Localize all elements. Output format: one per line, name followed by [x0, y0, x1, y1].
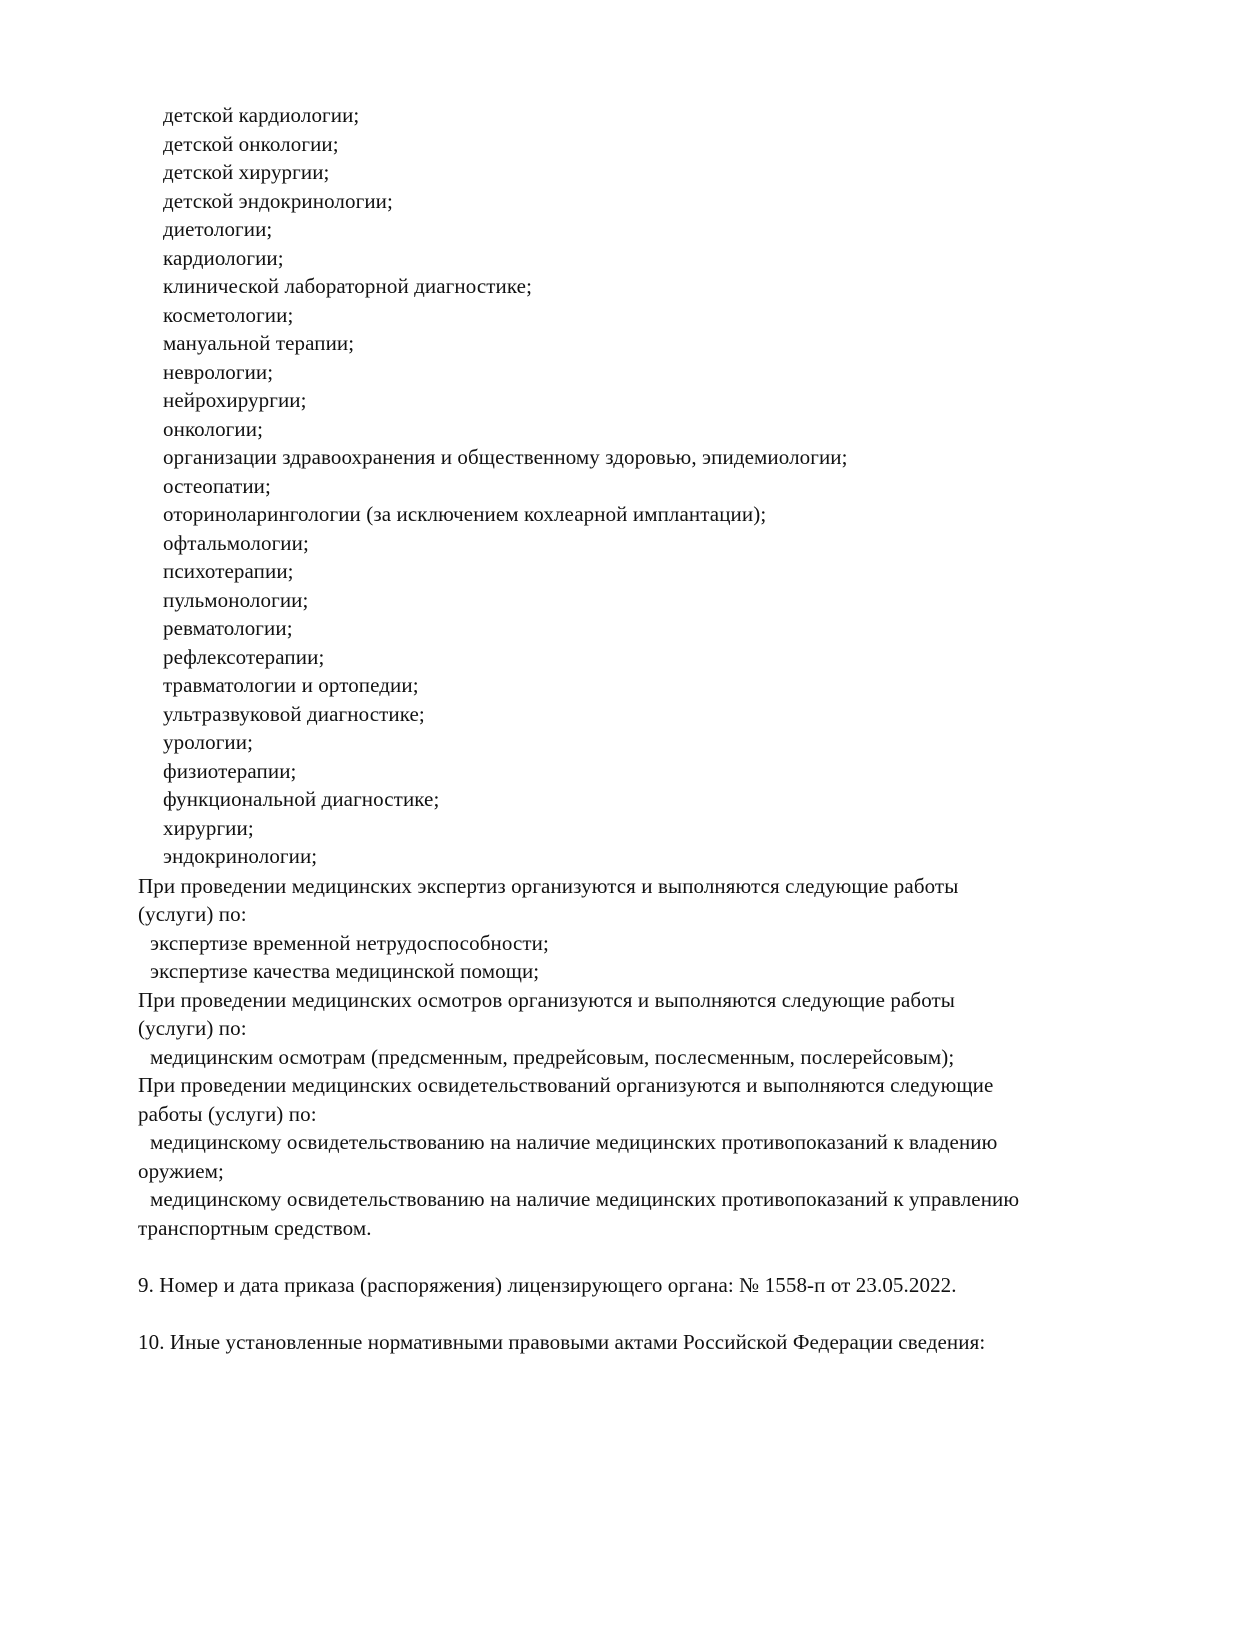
expertise-item: экспертизе качества медицинской помощи;	[150, 957, 539, 985]
specialty-item: организации здравоохранения и общественн…	[163, 443, 848, 471]
document-page: детской кардиологии;детской онкологии;де…	[0, 0, 1240, 1650]
examinations-heading-line2: (услуги) по:	[138, 1014, 247, 1042]
specialty-item: урологии;	[163, 728, 253, 756]
specialty-item: эндокринологии;	[163, 842, 317, 870]
specialty-item: косметологии;	[163, 301, 293, 329]
specialty-item: нейрохирургии;	[163, 386, 307, 414]
specialty-item: остеопатии;	[163, 472, 271, 500]
specialty-item: ревматологии;	[163, 614, 293, 642]
specialty-item: ультразвуковой диагностике;	[163, 700, 425, 728]
specialty-item: детской кардиологии;	[163, 101, 359, 129]
specialty-item: рефлексотерапии;	[163, 643, 324, 671]
specialty-item: оториноларингологии (за исключением кохл…	[163, 500, 766, 528]
certification-item-vehicle-line2: транспортным средством.	[138, 1214, 372, 1242]
specialty-item: онкологии;	[163, 415, 263, 443]
specialty-item: неврологии;	[163, 358, 273, 386]
certification-item-weapons-line2: оружием;	[138, 1157, 224, 1185]
certification-item-weapons-line1: медицинскому освидетельствованию на нали…	[150, 1128, 997, 1156]
specialty-item: детской эндокринологии;	[163, 187, 393, 215]
specialty-item: травматологии и ортопедии;	[163, 671, 419, 699]
item-9-order-number: 9. Номер и дата приказа (распоряжения) л…	[138, 1271, 957, 1299]
specialty-item: хирургии;	[163, 814, 254, 842]
examinations-heading-line1: При проведении медицинских осмотров орга…	[138, 986, 955, 1014]
specialty-item: кардиологии;	[163, 244, 284, 272]
specialty-item: психотерапии;	[163, 557, 294, 585]
specialty-item: физиотерапии;	[163, 757, 297, 785]
specialty-item: диетологии;	[163, 215, 272, 243]
examinations-item: медицинским осмотрам (предсменным, предр…	[150, 1043, 954, 1071]
item-10-other-info: 10. Иные установленные нормативными прав…	[138, 1328, 985, 1356]
specialty-item: функциональной диагностике;	[163, 785, 439, 813]
specialty-item: мануальной терапии;	[163, 329, 354, 357]
certification-item-vehicle-line1: медицинскому освидетельствованию на нали…	[150, 1185, 1019, 1213]
specialty-item: клинической лабораторной диагностике;	[163, 272, 532, 300]
specialty-item: детской хирургии;	[163, 158, 329, 186]
specialty-item: детской онкологии;	[163, 130, 339, 158]
specialty-item: офтальмологии;	[163, 529, 309, 557]
expertise-heading-line2: (услуги) по:	[138, 900, 247, 928]
certification-heading-line1: При проведении медицинских освидетельств…	[138, 1071, 993, 1099]
specialty-item: пульмонологии;	[163, 586, 308, 614]
expertise-item: экспертизе временной нетрудоспособности;	[150, 929, 549, 957]
expertise-heading-line1: При проведении медицинских экспертиз орг…	[138, 872, 958, 900]
certification-heading-line2: работы (услуги) по:	[138, 1100, 317, 1128]
